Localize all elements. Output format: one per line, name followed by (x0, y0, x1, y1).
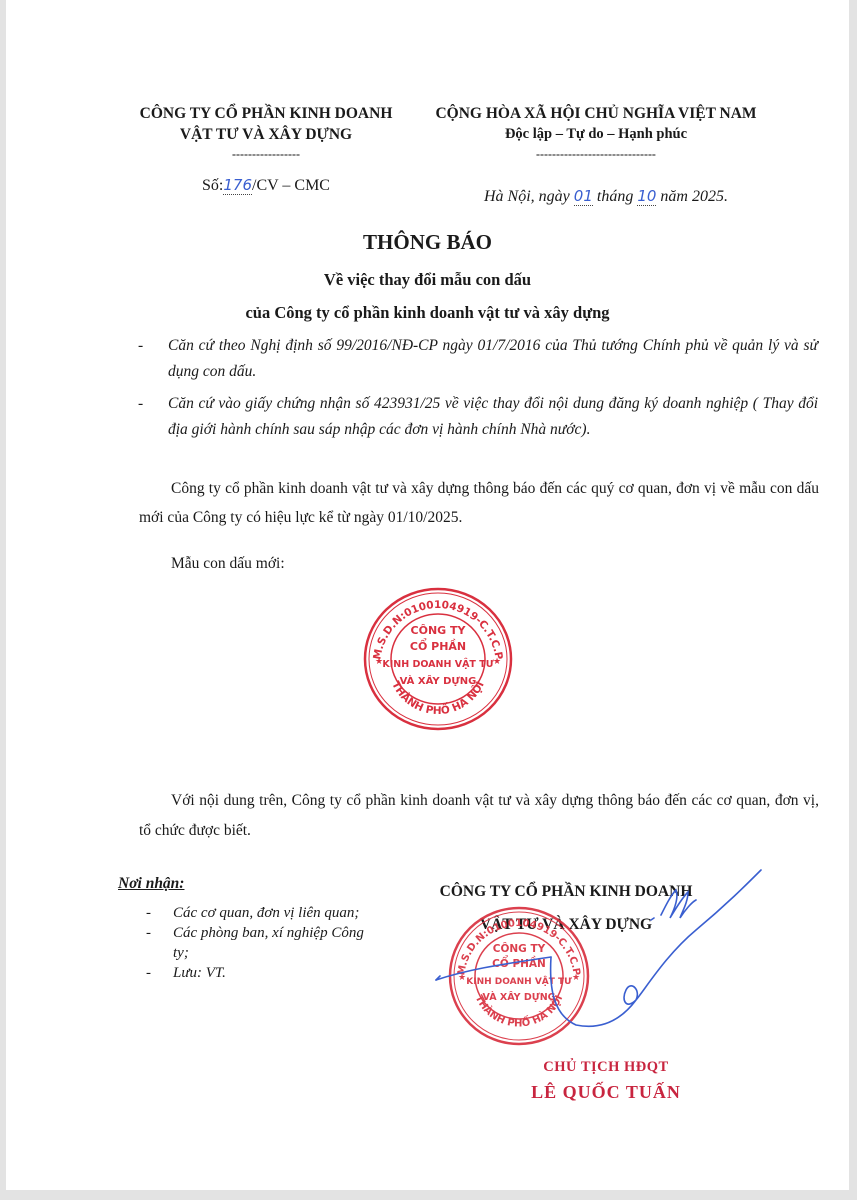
legal-bases-list: - Căn cứ theo Nghị định số 99/2016/NĐ-CP… (138, 333, 818, 449)
announcement-paragraph: Công ty cổ phần kinh doanh vật tư và xây… (139, 474, 819, 532)
company-separator: ----------------- (111, 147, 421, 161)
recipient-item: - Lưu: VT. (146, 963, 366, 983)
signer-name: LÊ QUỐC TUẤN (506, 1082, 706, 1103)
svg-text:KINH DOANH VẬT TƯ: KINH DOANH VẬT TƯ (382, 659, 493, 670)
document-title: THÔNG BÁO (6, 230, 849, 255)
document-number: Số:176/CV – CMC (111, 176, 421, 195)
recipient-item: - Các phòng ban, xí nghiệp Công ty; (146, 923, 366, 963)
document-subtitle-2: của Công ty cổ phần kinh doanh vật tư và… (6, 303, 849, 323)
closing-paragraph: Với nội dung trên, Công ty cổ phần kinh … (139, 786, 819, 846)
handwritten-doc-number: 176 (223, 176, 252, 195)
svg-text:★: ★ (493, 657, 501, 667)
document-page: CÔNG TY CỔ PHẦN KINH DOANH VẬT TƯ VÀ XÂY… (6, 0, 849, 1190)
national-motto: Độc lập – Tự do – Hạnh phúc (416, 124, 776, 145)
date-line: Hà Nội, ngày 01 tháng 10 năm 2025. (416, 187, 796, 206)
legal-basis-item: - Căn cứ theo Nghị định số 99/2016/NĐ-CP… (138, 333, 818, 385)
company-header: CÔNG TY CỔ PHẦN KINH DOANH VẬT TƯ VÀ XÂY… (111, 103, 421, 161)
handwritten-signature (426, 860, 776, 1040)
handwritten-month: 10 (637, 187, 656, 206)
handwritten-day: 01 (574, 187, 593, 206)
company-seal-sample: M.S.D.N:0100104919-C.T.C.P THÀNH PHỐ HÀ … (358, 586, 518, 732)
company-name-line1: CÔNG TY CỔ PHẦN KINH DOANH (111, 103, 421, 124)
company-name-line2: VẬT TƯ VÀ XÂY DỰNG (111, 124, 421, 145)
svg-text:VÀ XÂY DỰNG: VÀ XÂY DỰNG (400, 674, 477, 687)
recipient-item: - Các cơ quan, đơn vị liên quan; (146, 903, 366, 923)
national-separator: ------------------------------ (416, 147, 776, 161)
document-subtitle-1: Về việc thay đổi mẫu con dấu (6, 270, 849, 290)
recipients-list: - Các cơ quan, đơn vị liên quan; - Các p… (146, 903, 366, 983)
legal-basis-item: - Căn cứ vào giấy chứng nhận số 423931/2… (138, 391, 818, 443)
signer-position: CHỦ TỊCH HĐQT (506, 1059, 706, 1076)
nation-name: CỘNG HÒA XÃ HỘI CHỦ NGHĨA VIỆT NAM (416, 103, 776, 124)
stamp-sample-label: Mẫu con dấu mới: (171, 555, 285, 573)
svg-text:CỔ PHẦN: CỔ PHẦN (410, 638, 466, 653)
svg-text:CÔNG TY: CÔNG TY (411, 624, 467, 637)
recipients-title: Nơi nhận: (118, 875, 184, 893)
national-header: CỘNG HÒA XÃ HỘI CHỦ NGHĨA VIỆT NAM Độc l… (416, 103, 776, 161)
